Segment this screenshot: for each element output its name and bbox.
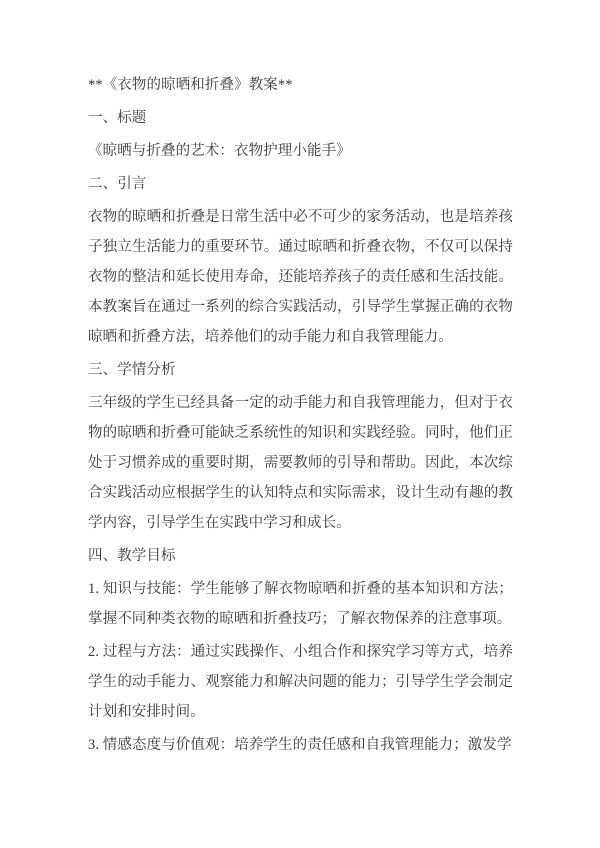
document-page: **《衣物的晾晒和折叠》教案** 一、标题 《晾晒与折叠的艺术：衣物护理小能手》… — [0, 0, 600, 848]
objective-knowledge-skills: 1. 知识与技能：学生能够了解衣物晾晒和折叠的基本知识和方法；掌握不同种类衣物的… — [88, 574, 513, 634]
section-heading-intro: 二、引言 — [88, 169, 513, 199]
analysis-paragraph: 三年级的学生已经具备一定的动手能力和自我管理能力，但对于衣物的晾晒和折叠可能缺乏… — [88, 388, 513, 538]
section-heading-objectives: 四、教学目标 — [88, 541, 513, 571]
objective-process-methods: 2. 过程与方法：通过实践操作、小组合作和探究学习等方式，培养学生的动手能力、观… — [88, 637, 513, 727]
document-title: **《衣物的晾晒和折叠》教案** — [88, 70, 513, 100]
section-heading-analysis: 三、学情分析 — [88, 355, 513, 385]
objective-values-truncated: 3. 情感态度与价值观：培养学生的责任感和自我管理能力；激发学 — [88, 730, 513, 760]
lesson-subtitle: 《晾晒与折叠的艺术：衣物护理小能手》 — [88, 136, 513, 166]
section-heading-title: 一、标题 — [88, 103, 513, 133]
intro-paragraph: 衣物的晾晒和折叠是日常生活中必不可少的家务活动，也是培养孩子独立生活能力的重要环… — [88, 202, 513, 352]
